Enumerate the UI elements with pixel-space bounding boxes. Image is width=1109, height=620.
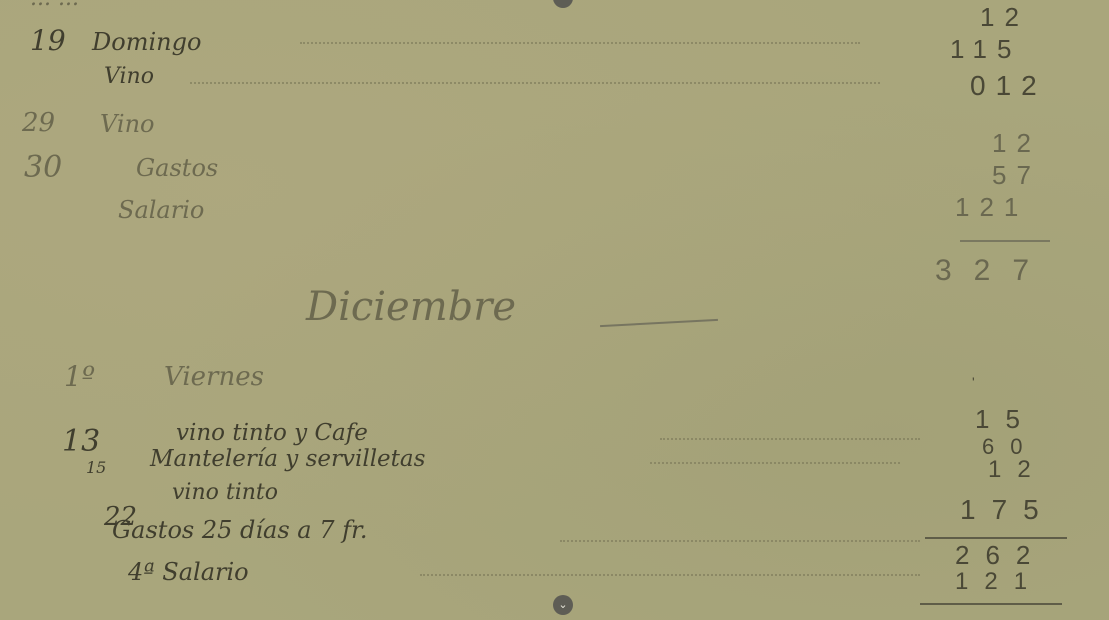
entry-amount: 121: [955, 192, 1028, 223]
entry-day: 1º: [64, 360, 95, 393]
leader-dots: [420, 574, 920, 576]
entry-label: Vino: [104, 64, 154, 89]
leader-dots: [300, 42, 860, 44]
entry-amount: 12: [992, 128, 1041, 159]
entry-day: 29: [22, 108, 55, 138]
leader-dots: [650, 462, 900, 464]
december-subtotal: 262: [955, 540, 1046, 571]
tick-mark: ': [972, 374, 985, 390]
cutoff-line: ... ...: [30, 0, 79, 11]
entry-amount: 15: [975, 404, 1036, 435]
november-total: 327: [935, 254, 1051, 288]
sum-rule: [925, 537, 1067, 539]
entry-day: 13: [62, 424, 100, 459]
entry-amount: 175: [960, 494, 1055, 526]
entry-label: Mantelería y servilletas: [150, 446, 425, 472]
entry-amount: 57: [992, 160, 1041, 191]
entry-amount: 12: [980, 2, 1029, 33]
entry-label: Gastos: [136, 154, 218, 182]
chevron-down-icon: ⌄: [558, 598, 567, 611]
sum-rule: [960, 240, 1050, 242]
entry-day: 15: [86, 458, 106, 477]
leader-dots: [190, 82, 880, 84]
entry-label: vino tinto y Cafe: [176, 420, 368, 446]
leader-dots: [560, 540, 920, 542]
salary-amount: 121: [955, 568, 1043, 596]
entry-label: Viernes: [164, 362, 264, 392]
scanned-ledger-page: ... ... 19 Domingo 12 Vino 115 29 Vino 0…: [0, 0, 1109, 620]
entry-day: 30: [24, 150, 62, 185]
scroll-down-button[interactable]: ⌄: [553, 595, 573, 615]
entry-label: vino tinto: [172, 480, 278, 505]
month-heading: Diciembre: [306, 284, 516, 330]
leader-dots: [660, 438, 920, 440]
sum-rule: [920, 603, 1062, 605]
entry-amount: 012: [970, 70, 1047, 102]
entry-day: 19: [30, 24, 66, 57]
entry-amount: 12: [988, 456, 1047, 484]
entry-label: Domingo: [92, 28, 201, 56]
entry-label: Vino: [100, 110, 155, 138]
salary-label: 4ª Salario: [128, 558, 249, 586]
entry-label: Salario: [118, 196, 204, 224]
entry-label: Gastos 25 días a 7 fr.: [112, 516, 367, 544]
entry-amount: 115: [950, 34, 1021, 65]
heading-flourish: [600, 319, 718, 327]
